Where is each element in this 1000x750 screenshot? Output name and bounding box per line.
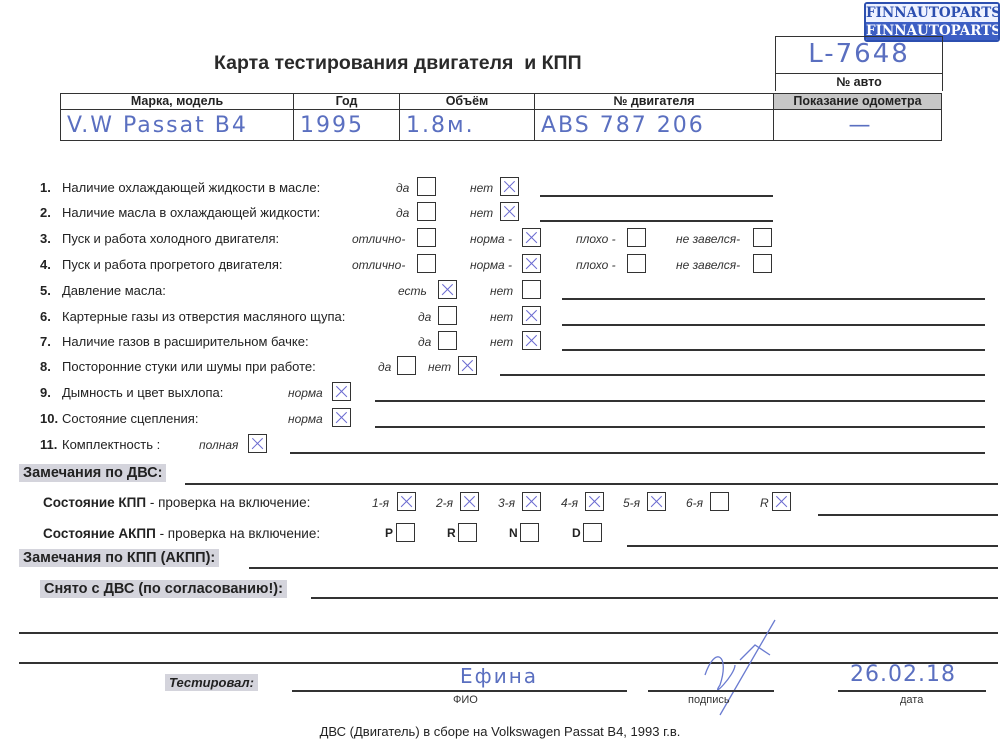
remarks-line[interactable] <box>540 220 773 222</box>
gear-checkbox[interactable] <box>460 492 479 511</box>
removed-line[interactable] <box>311 597 998 599</box>
mode-label: R <box>447 526 456 540</box>
gear-checkbox[interactable] <box>647 492 666 511</box>
checkbox[interactable] <box>438 306 457 325</box>
gear-checkbox[interactable] <box>772 492 791 511</box>
option-label: нет <box>470 206 493 220</box>
checkbox[interactable] <box>627 228 646 247</box>
remarks-line[interactable] <box>375 426 985 428</box>
gear-label: 3-я <box>498 496 515 510</box>
col-header: № двигателя <box>535 94 774 110</box>
remarks-engine-line[interactable] <box>185 483 998 485</box>
checklist-item-label: 9.Дымность и цвет выхлопа: <box>40 385 223 400</box>
engine-number-field[interactable]: ABS 787 206 <box>535 110 774 141</box>
removed-label: Снято с ДВС (по согласованию!): <box>40 580 287 598</box>
kpp-label: Состояние КПП - проверка на включение: <box>43 495 310 510</box>
option-label: нет <box>470 181 493 195</box>
checklist-item-label: 2.Наличие масла в охлаждающей жидкости: <box>40 205 320 220</box>
gear-label: R <box>760 496 769 510</box>
checkbox[interactable] <box>332 408 351 427</box>
gear-checkbox[interactable] <box>585 492 604 511</box>
checklist-item-label: 6.Картерные газы из отверстия масляного … <box>40 309 345 324</box>
checkbox[interactable] <box>627 254 646 273</box>
option-label: отлично- <box>352 258 405 272</box>
checkbox[interactable] <box>438 331 457 350</box>
remarks-engine-label: Замечания по ДВС: <box>19 464 166 482</box>
tested-by-label: Тестировал: <box>165 674 258 691</box>
checklist-item-label: 11.Комплектность : <box>40 437 160 452</box>
option-label: да <box>378 360 391 374</box>
gear-label: 5-я <box>623 496 640 510</box>
checkbox[interactable] <box>458 356 477 375</box>
checkbox[interactable] <box>397 356 416 375</box>
remarks-line[interactable] <box>562 349 985 351</box>
vehicle-info-table: Марка, модель Год Объём № двигателя Пока… <box>60 93 942 141</box>
image-caption: ДВС (Двигатель) в сборе на Volkswagen Pa… <box>0 724 1000 739</box>
option-label: да <box>418 335 431 349</box>
tester-name: Ефина <box>460 664 538 688</box>
checklist-item-label: 3.Пуск и работа холодного двигателя: <box>40 231 279 246</box>
gear-checkbox[interactable] <box>522 492 541 511</box>
checkbox[interactable] <box>438 280 457 299</box>
mode-label: N <box>509 526 518 540</box>
remarks-line[interactable] <box>375 400 985 402</box>
blank-line[interactable] <box>19 632 998 634</box>
col-header: Объём <box>400 94 535 110</box>
checkbox[interactable] <box>417 228 436 247</box>
option-label: плохо - <box>576 232 616 246</box>
date-line[interactable] <box>838 690 986 692</box>
volume-field[interactable]: 1.8м. <box>400 110 535 141</box>
remarks-line[interactable] <box>290 452 985 454</box>
option-label: нет <box>428 360 451 374</box>
option-label: норма <box>288 412 323 426</box>
option-label: норма - <box>470 258 512 272</box>
option-label: да <box>418 310 431 324</box>
option-label: полная <box>199 438 238 452</box>
make-model-field[interactable]: V.W Passat B4 <box>61 110 294 141</box>
remarks-line[interactable] <box>540 195 773 197</box>
checklist-item-label: 5.Давление масла: <box>40 283 166 298</box>
odometer-field[interactable]: — <box>774 110 942 141</box>
kpp-line[interactable] <box>818 514 998 516</box>
auto-number-box: L-7648 № авто <box>775 36 943 91</box>
option-label: да <box>396 181 409 195</box>
remarks-line[interactable] <box>500 374 985 376</box>
gear-label: 6-я <box>686 496 703 510</box>
gear-label: 1-я <box>372 496 389 510</box>
remarks-line[interactable] <box>562 324 985 326</box>
checkbox[interactable] <box>522 280 541 299</box>
checkbox[interactable] <box>753 254 772 273</box>
checkbox[interactable] <box>332 382 351 401</box>
col-header: Марка, модель <box>61 94 294 110</box>
remarks-line[interactable] <box>562 298 985 300</box>
option-label: норма - <box>470 232 512 246</box>
remarks-gearbox-line[interactable] <box>249 567 998 569</box>
col-header: Год <box>294 94 400 110</box>
option-label: норма <box>288 386 323 400</box>
checkbox[interactable] <box>522 254 541 273</box>
checkbox[interactable] <box>522 228 541 247</box>
signature-caption: подпись <box>688 694 730 706</box>
name-line[interactable] <box>292 690 627 692</box>
signature-line[interactable] <box>648 690 774 692</box>
test-date: 26.02.18 <box>850 662 956 687</box>
remarks-gearbox-label: Замечания по КПП (АКПП): <box>19 549 219 567</box>
auto-number-label: № авто <box>776 73 942 91</box>
option-label: нет <box>490 335 513 349</box>
checkbox[interactable] <box>500 202 519 221</box>
checklist-item-label: 1.Наличие охлаждающей жидкости в масле: <box>40 180 320 195</box>
option-label: есть <box>398 284 427 298</box>
signature <box>680 615 790 725</box>
page-title: Карта тестирования двигателя и КПП <box>214 52 582 75</box>
checkbox[interactable] <box>417 254 436 273</box>
name-caption: ФИО <box>453 694 478 706</box>
watermark-line: FINNAUTOPARTS <box>866 4 998 22</box>
col-header: Показание одометра <box>774 94 942 110</box>
checkbox[interactable] <box>248 434 267 453</box>
checkbox[interactable] <box>500 177 519 196</box>
checklist-item-label: 8.Посторонние стуки или шумы при работе: <box>40 359 316 374</box>
checklist-item-label: 10.Состояние сцепления: <box>40 411 198 426</box>
gear-label: 4-я <box>561 496 578 510</box>
akpp-line[interactable] <box>627 545 998 547</box>
option-label: нет <box>490 310 513 324</box>
gear-label: 2-я <box>436 496 453 510</box>
mode-label: P <box>385 526 393 540</box>
option-label: не завелся- <box>676 232 740 246</box>
gear-checkbox[interactable] <box>397 492 416 511</box>
checkbox[interactable] <box>417 177 436 196</box>
mode-checkbox[interactable] <box>520 523 539 542</box>
date-caption: дата <box>900 694 923 706</box>
auto-number-value: L-7648 <box>776 39 942 69</box>
gear-checkbox[interactable] <box>710 492 729 511</box>
checklist-item-label: 4.Пуск и работа прогретого двигателя: <box>40 257 282 272</box>
year-field[interactable]: 1995 <box>294 110 400 141</box>
checklist-item-label: 7.Наличие газов в расширительном бачке: <box>40 334 309 349</box>
option-label: отлично- <box>352 232 405 246</box>
mode-checkbox[interactable] <box>396 523 415 542</box>
option-label: да <box>396 206 409 220</box>
option-label: плохо - <box>576 258 616 272</box>
checkbox[interactable] <box>417 202 436 221</box>
checkbox[interactable] <box>522 306 541 325</box>
mode-checkbox[interactable] <box>583 523 602 542</box>
mode-checkbox[interactable] <box>458 523 477 542</box>
akpp-label: Состояние АКПП - проверка на включение: <box>43 526 320 541</box>
checkbox[interactable] <box>522 331 541 350</box>
option-label: нет <box>490 284 513 298</box>
checkbox[interactable] <box>753 228 772 247</box>
mode-label: D <box>572 526 581 540</box>
option-label: не завелся- <box>676 258 740 272</box>
